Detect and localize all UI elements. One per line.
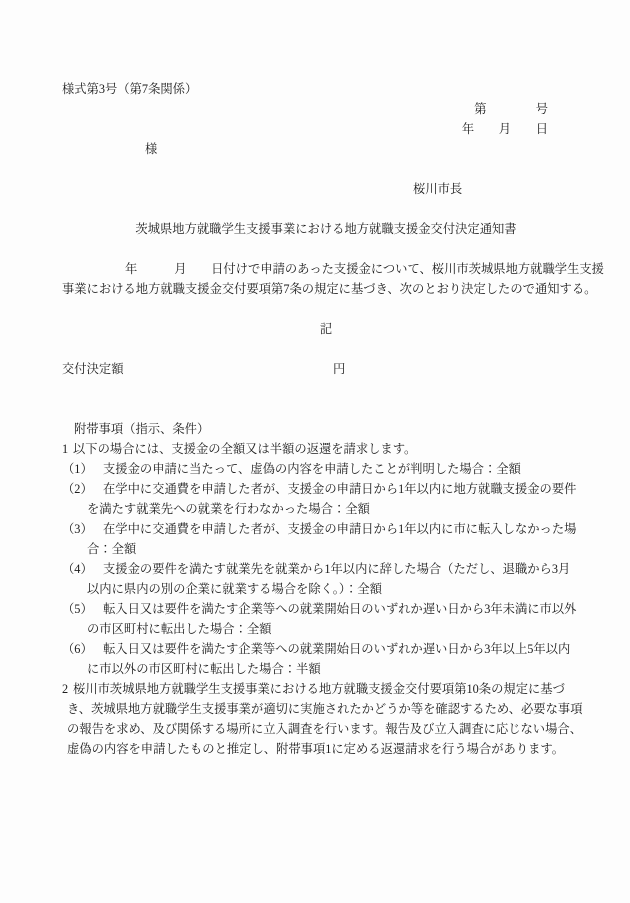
item-line: 支援金の要件を満たす就業先を就業から1年以内に辞した場合（ただし、退職から3月 — [103, 562, 570, 576]
item-line: 在学中に交通費を申請した者が、支援金の申請日から1年以内に地方就職支援金の要件 — [103, 482, 576, 496]
item-line: 以内に県内の別の企業に就業する場合を除く。）：全額 — [87, 579, 590, 599]
grant-amount-unit: 円 — [333, 359, 345, 379]
issue-date-line: 年 月 日 — [462, 122, 548, 136]
item-marker: （1） — [62, 459, 103, 479]
item-line: 桜川市茨城県地方就職学生支援事業における地方就職支援金交付要項第10条の規定に基… — [73, 682, 565, 696]
item-marker: （2） — [62, 479, 103, 499]
ki-marker: 記 — [62, 319, 590, 339]
item-marker: 1 — [62, 439, 73, 459]
item-line: 合：全額 — [87, 539, 590, 559]
grant-amount-row: 交付決定額 円 — [62, 359, 590, 379]
conditions-heading: 附帯事項（指示、条件） — [74, 419, 590, 439]
condition-item: （5）転入日又は要件を満たす企業等への就業開始日のいずれか遅い日から3年未満に市… — [62, 599, 590, 619]
document-title: 茨城県地方就職学生支援事業における地方就職支援金交付決定通知書 — [62, 219, 590, 239]
item-marker: 2 — [62, 679, 73, 699]
condition-item: （2）在学中に交通費を申請した者が、支援金の申請日から1年以内に地方就職支援金の… — [62, 479, 590, 499]
condition-item: 2桜川市茨城県地方就職学生支援事業における地方就職支援金交付要項第10条の規定に… — [62, 679, 590, 699]
grant-amount-label: 交付決定額 — [62, 362, 124, 376]
item-line: 以下の場合には、支援金の全額又は半額の返還を請求します。 — [73, 442, 416, 456]
condition-item: （6）転入日又は要件を満たす企業等への就業開始日のいずれか遅い日から3年以上5年… — [62, 639, 590, 659]
document-page: 様式第3号（第7条関係） 第 号 年 月 日 様 桜川市長 茨城県地方就職学生支… — [0, 0, 630, 903]
body-line: 年 月 日付けで申請のあった支援金について、桜川市茨城県地方就職学生支援 — [62, 259, 590, 279]
body-line: 事業における地方就職支援金交付要項第7条の規定に基づき、次のとおり決定したので通… — [62, 279, 590, 299]
condition-item: （4）支援金の要件を満たす就業先を就業から1年以内に辞した場合（ただし、退職から… — [62, 559, 590, 579]
item-line: に市以外の市区町村に転出した場合：半額 — [87, 659, 590, 679]
item-marker: （3） — [62, 519, 103, 539]
item-line: の報告を求め、及び関係する場所に立入調査を行います。報告及び立入調査に応じない場… — [67, 719, 590, 739]
form-number: 様式第3号（第7条関係） — [62, 79, 590, 99]
item-marker: （4） — [62, 559, 103, 579]
addressee-suffix: 様 — [145, 142, 157, 156]
item-line: 支援金の申請に当たって、虚偽の内容を申請したことが判明した場合：全額 — [103, 462, 521, 476]
item-line: 虚偽の内容を申請したものと推定し、附帯事項1に定める返還請求を行う場合があります… — [67, 739, 590, 759]
item-line: を満たす就業先への就業を行わなかった場合：全額 — [87, 499, 590, 519]
item-line: の市区町村に転出した場合：全額 — [87, 619, 590, 639]
item-line: 転入日又は要件を満たす企業等への就業開始日のいずれか遅い日から3年以上5年以内 — [103, 642, 570, 656]
condition-item: （1）支援金の申請に当たって、虚偽の内容を申請したことが判明した場合：全額 — [62, 459, 590, 479]
condition-item: 1以下の場合には、支援金の全額又は半額の返還を請求します。 — [62, 439, 590, 459]
item-line: 在学中に交通費を申請した者が、支援金の申請日から1年以内に市に転入しなかった場 — [103, 522, 576, 536]
sender-name: 桜川市長 — [413, 182, 462, 196]
condition-item: （3）在学中に交通費を申請した者が、支援金の申請日から1年以内に市に転入しなかっ… — [62, 519, 590, 539]
item-line: 転入日又は要件を満たす企業等への就業開始日のいずれか遅い日から3年未満に市以外 — [103, 602, 576, 616]
doc-number-line: 第 号 — [474, 102, 548, 116]
item-marker: （6） — [62, 639, 103, 659]
item-line: き、茨城県地方就職学生支援事業が適切に実施されたかどうか等を確認するため、必要な… — [67, 699, 590, 719]
item-marker: （5） — [62, 599, 103, 619]
